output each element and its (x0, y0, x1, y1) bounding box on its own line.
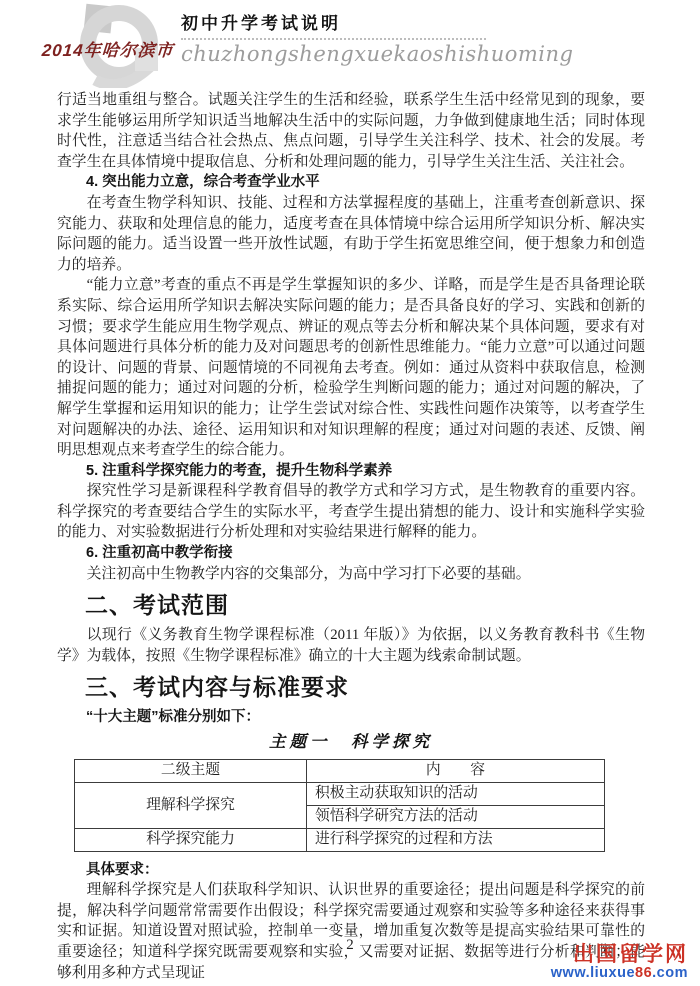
cell-topic-understand-inquiry: 理解科学探究 (75, 782, 307, 828)
paragraph-continuation: 行适当地重组与整合。试题关注学生的生活和经验，联系学生生活中经常见到的现象，要求… (57, 90, 645, 172)
paragraph: 以现行《义务教育生物学课程标准（2011 年版）》为依据，以义务教育教科书《生物… (57, 625, 645, 666)
cell-content: 进行科学探究的过程和方法 (307, 828, 605, 851)
subheading-item6: 6. 注重初高中教学衔接 (57, 543, 645, 564)
site-url: www.liuxue86.com (551, 966, 688, 981)
col-header-content: 内 容 (307, 759, 605, 782)
document-body: 行适当地重组与整合。试题关注学生的生活和经验，联系学生生活中经常见到的现象，要求… (0, 88, 700, 983)
edition-year-city: 2014年哈尔滨市 (41, 36, 175, 61)
subheading-item4: 4. 突出能力立意，综合考查学业水平 (57, 172, 645, 193)
dotted-divider (181, 38, 486, 40)
section-title-exam-content: 三、考试内容与标准要求 (85, 673, 645, 701)
cell-content: 积极主动获取知识的活动 (307, 782, 605, 805)
paragraph: 在考查生物学科知识、技能、过程和方法掌握程度的基础上，注重考查创新意识、探究能力… (57, 193, 645, 275)
table-row: 理解科学探究 积极主动获取知识的活动 (75, 782, 605, 805)
col-header-subtopic: 二级主题 (75, 759, 307, 782)
url-prefix: www.liuxue (551, 965, 635, 981)
theme1-caption: 主题一 科学探究 (57, 732, 645, 753)
url-suffix: .com (652, 965, 688, 981)
cell-topic-inquiry-ability: 科学探究能力 (75, 828, 307, 851)
requirements-label: 具体要求： (57, 860, 645, 881)
url-number: 86 (635, 965, 652, 981)
section-title-exam-scope: 二、考试范围 (85, 591, 645, 619)
paragraph: 关注初高中生物教学内容的交集部分，为高中学习打下必要的基础。 (57, 564, 645, 585)
document-page: 2014年哈尔滨市 初中升学考试说明 chuzhongshengxuekaosh… (0, 0, 700, 986)
cell-content: 领悟科学研究方法的活动 (307, 805, 605, 828)
table-row: 科学探究能力 进行科学探究的过程和方法 (75, 828, 605, 851)
page-header: 2014年哈尔滨市 初中升学考试说明 chuzhongshengxuekaosh… (0, 0, 700, 88)
subheading-item5: 5. 注重科学探究能力的考查，提升生物科学素养 (57, 461, 645, 482)
theme1-table: 二级主题 内 容 理解科学探究 积极主动获取知识的活动 领悟科学研究方法的活动 … (74, 759, 605, 852)
liuxue86-logo: 出国留学网 www.liuxue86.com (551, 944, 688, 981)
table-header-row: 二级主题 内 容 (75, 759, 605, 782)
paragraph: “能力立意”考查的重点不再是学生掌握知识的多少、详略，而是学生是否具备理论联系实… (57, 275, 645, 460)
themes-intro: “十大主题”标准分别如下： (57, 707, 645, 728)
site-name: 出国留学网 (551, 944, 688, 966)
title-pinyin: chuzhongshengxuekaoshishuoming (181, 42, 573, 66)
document-title: 初中升学考试说明 (181, 9, 341, 34)
paragraph: 探究性学习是新课程科学教育倡导的教学方式和学习方式，是生物教育的重要内容。科学探… (57, 481, 645, 543)
